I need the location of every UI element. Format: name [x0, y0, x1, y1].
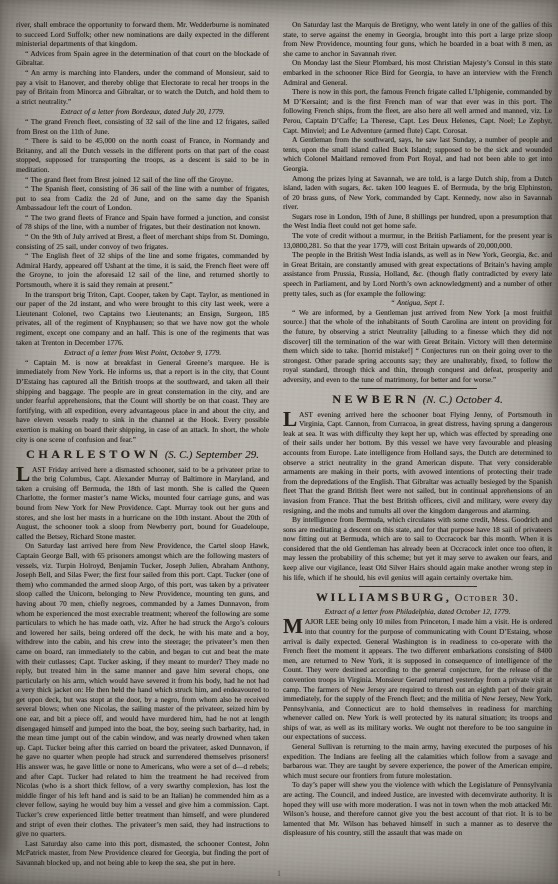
scan-smudge: [0, 640, 16, 860]
page-number: 1: [277, 869, 281, 878]
news-paragraph: “ The grand fleet from Brest joined 12 s…: [16, 175, 269, 185]
paragraph-text: AJOR LEE being only 10 miles from Prince…: [283, 617, 552, 741]
section-divider: [359, 388, 477, 389]
extract-heading-bordeaux: Extract of a letter from Bordeaux, dated…: [16, 107, 269, 117]
news-paragraph: By intelligence from Bermuda, which circ…: [283, 515, 552, 582]
extract-heading-philadelphia: Extract of a letter from Philadelphia, d…: [283, 607, 552, 617]
scan-smudge: [0, 120, 8, 420]
news-paragraph: “ The two grand fleets of France and Spa…: [16, 213, 269, 232]
section-date-label: October 30.: [455, 593, 519, 604]
news-paragraph: On Monday last the Sieur Plombard, his m…: [283, 58, 552, 87]
news-paragraph: Among the prizes lying at Savannah, we a…: [283, 174, 552, 212]
news-paragraph: “ Advices from Spain agree in the determ…: [16, 49, 269, 68]
news-paragraph: LAST Friday arrived here a dismasted sch…: [16, 465, 269, 542]
section-heading-charlestown: CHARLESTOWN (S. C.) September 29.: [16, 448, 269, 462]
section-heading-newbern: NEWBERN (N. C.) October 4.: [283, 393, 552, 407]
newspaper-page: river, shall embrace the opportunity to …: [0, 0, 558, 884]
news-paragraph: river, shall embrace the opportunity to …: [16, 20, 269, 49]
extract-heading-west-point: Extract of a letter from West Point, Oct…: [16, 348, 269, 358]
news-paragraph: “ There is said to be 45,000 on the nort…: [16, 136, 269, 174]
section-date-label: October 4.: [455, 394, 502, 406]
two-column-layout: river, shall embrace the opportunity to …: [16, 20, 552, 876]
drop-cap: M: [283, 617, 305, 635]
drop-cap: L: [16, 465, 32, 483]
news-paragraph: “ The grand French fleet, consisting of …: [16, 117, 269, 136]
news-paragraph: In the transport brig Triton, Capt. Coop…: [16, 290, 269, 348]
section-city-label: CHARLESTOWN: [26, 447, 161, 461]
section-region-label: (N. C.): [423, 395, 452, 406]
paragraph-text: AST evening arrived here the schooner bo…: [283, 410, 552, 515]
paragraph-text: AST Friday arrived here a dismasted scho…: [16, 465, 269, 541]
news-paragraph: On Saturday last the Marquis de Bretigny…: [283, 20, 552, 58]
news-paragraph: “ The English fleet of 32 ships of the l…: [16, 251, 269, 289]
news-paragraph: There is now in this port, the famous Fr…: [283, 87, 552, 135]
news-paragraph: On Saturday last arrived here from New P…: [16, 541, 269, 838]
news-paragraph: General Sullivan is returning to the mai…: [283, 742, 552, 780]
news-paragraph: A Gentleman from the southward, says, he…: [283, 135, 552, 173]
section-divider: [359, 586, 477, 587]
news-paragraph: Sugars rose in London, 19th of June, 8 s…: [283, 212, 552, 231]
news-paragraph: “ On the 9th of July arrived at Brest, a…: [16, 232, 269, 251]
drop-cap: L: [283, 410, 299, 428]
antigua-dateline: “ Antigua, Sept 1.: [283, 298, 552, 308]
news-paragraph: “ Captain M. is now at breakfast in Gene…: [16, 358, 269, 444]
section-heading-williamsburg: WILLIAMSBURG, October 30.: [283, 591, 552, 605]
section-city-label: NEWBERN: [332, 392, 419, 406]
scan-smudge: [200, 0, 460, 12]
news-paragraph: To day’s paper will shew you the violenc…: [283, 780, 552, 838]
news-paragraph: “ The Spanish fleet, consisting of 36 sa…: [16, 184, 269, 213]
news-paragraph: “ We are informed, by a Gentleman just a…: [283, 308, 552, 385]
news-paragraph: LAST evening arrived here the schooner b…: [283, 410, 552, 516]
section-region-label: (S. C.): [165, 450, 192, 461]
news-paragraph: Last Saturday also came into this port, …: [16, 839, 269, 868]
section-date-label: September 29.: [196, 449, 259, 461]
news-paragraph: “ An army is marching into Flanders, und…: [16, 68, 269, 106]
news-paragraph: MAJOR LEE being only 10 miles from Princ…: [283, 617, 552, 742]
news-paragraph: The people in the British West India isl…: [283, 250, 552, 298]
right-column: On Saturday last the Marquis de Bretigny…: [283, 20, 552, 876]
news-paragraph: The vote of credit without a murmur, in …: [283, 231, 552, 250]
left-column: river, shall embrace the opportunity to …: [16, 20, 269, 876]
section-city-label: WILLIAMSBURG,: [316, 590, 451, 604]
